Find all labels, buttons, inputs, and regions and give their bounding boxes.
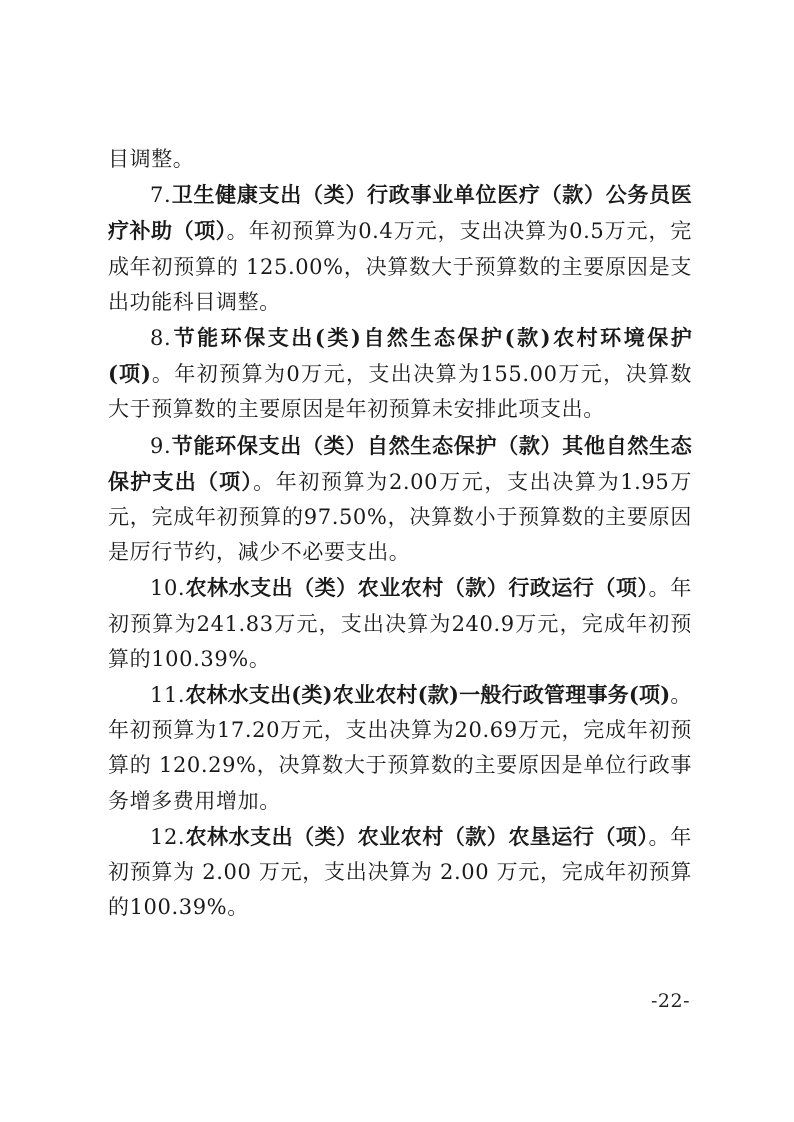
item-number: 12.	[150, 825, 185, 849]
item-heading: 农林水支出（类）农业农村（款）农垦运行（项）	[185, 824, 648, 849]
item-10-paragraph: 10.农林水支出（类）农业农村（款）行政运行（项）。年初预算为241.83万元，…	[108, 570, 692, 677]
item-heading: 农林水支出(类)农业农村(款)一般行政管理事务(项)	[185, 682, 670, 707]
item-heading: 农林水支出（类）农业农村（款）行政运行（项）	[185, 575, 648, 600]
continuation-paragraph: 目调整。	[108, 142, 692, 177]
item-number: 9.	[150, 434, 171, 458]
item-8-paragraph: 8.节能环保支出(类)自然生态保护(款)农村环境保护(项)。年初预算为0万元，支…	[108, 320, 692, 428]
item-number: 8.	[150, 326, 171, 350]
item-number: 10.	[150, 576, 185, 600]
item-12-paragraph: 12.农林水支出（类）农业农村（款）农垦运行（项）。年初预算为 2.00 万元，…	[108, 819, 692, 926]
item-7-paragraph: 7.卫生健康支出（类）行政事业单位医疗（款）公务员医疗补助（项）。年初预算为0.…	[108, 177, 692, 320]
document-page: 目调整。 7.卫生健康支出（类）行政事业单位医疗（款）公务员医疗补助（项）。年初…	[108, 142, 692, 925]
item-body: 。年初预算为0万元，支出决算为155.00万元，决算数大于预算数的主要原因是年初…	[108, 362, 692, 421]
item-9-paragraph: 9.节能环保支出（类）自然生态保护（款）其他自然生态保护支出（项）。年初预算为2…	[108, 428, 692, 571]
item-number: 7.	[150, 183, 171, 207]
item-number: 11.	[150, 683, 185, 707]
page-number: -22-	[651, 990, 690, 1012]
item-11-paragraph: 11.农林水支出(类)农业农村(款)一般行政管理事务(项)。年初预算为17.20…	[108, 677, 692, 819]
